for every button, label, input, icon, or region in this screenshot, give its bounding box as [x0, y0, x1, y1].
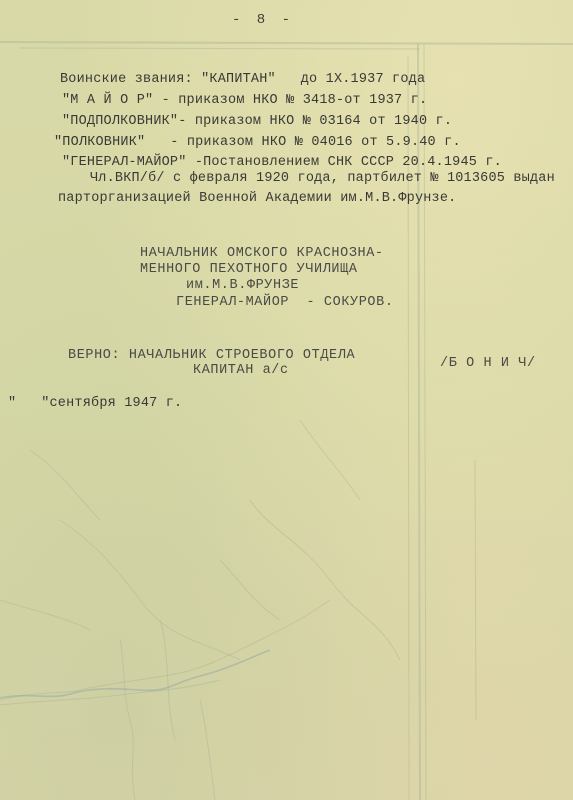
- rank-general-major: "ГЕНЕРАЛ-МАЙОР" -Постановлением СНК СССР…: [62, 155, 502, 170]
- party-membership-line: Чл.ВКП/б/ с февраля 1920 года, партбилет…: [90, 171, 555, 186]
- signature-title-line3: им.М.В.ФРУНЗЕ: [186, 278, 299, 293]
- party-organization-line: парторганизацией Военной Академии им.М.В…: [58, 191, 456, 206]
- rank-podpolkovnik: "ПОДПОЛКОВНИК"- приказом НКО № 03164 от …: [62, 114, 452, 129]
- document-date: " "сентября 1947 г.: [8, 396, 182, 411]
- certifier-rank: КАПИТАН а/с: [193, 363, 289, 378]
- rank-major: "М А Й О Р" - приказом НКО № 3418-от 193…: [62, 93, 427, 108]
- ranks-label-line: Воинские звания: "КАПИТАН" до 1Х.1937 го…: [60, 72, 425, 87]
- certification-verno: ВЕРНО: НАЧАЛЬНИК СТРОЕВОГО ОТДЕЛА: [68, 348, 355, 363]
- rank-polkovnik: "ПОЛКОВНИК" - приказом НКО № 04016 от 5.…: [54, 135, 461, 150]
- signature-title-line2: МЕННОГО ПЕХОТНОГО УЧИЛИЩА: [140, 262, 358, 277]
- certifier-name: /Б О Н И Ч/: [440, 356, 536, 371]
- signature-title-line1: НАЧАЛЬНИК ОМСКОГО КРАСНОЗНА-: [140, 246, 384, 261]
- page-number: - 8 -: [232, 12, 294, 28]
- signatory-name: ГЕНЕРАЛ-МАЙОР - СОКУРОВ.: [176, 295, 394, 310]
